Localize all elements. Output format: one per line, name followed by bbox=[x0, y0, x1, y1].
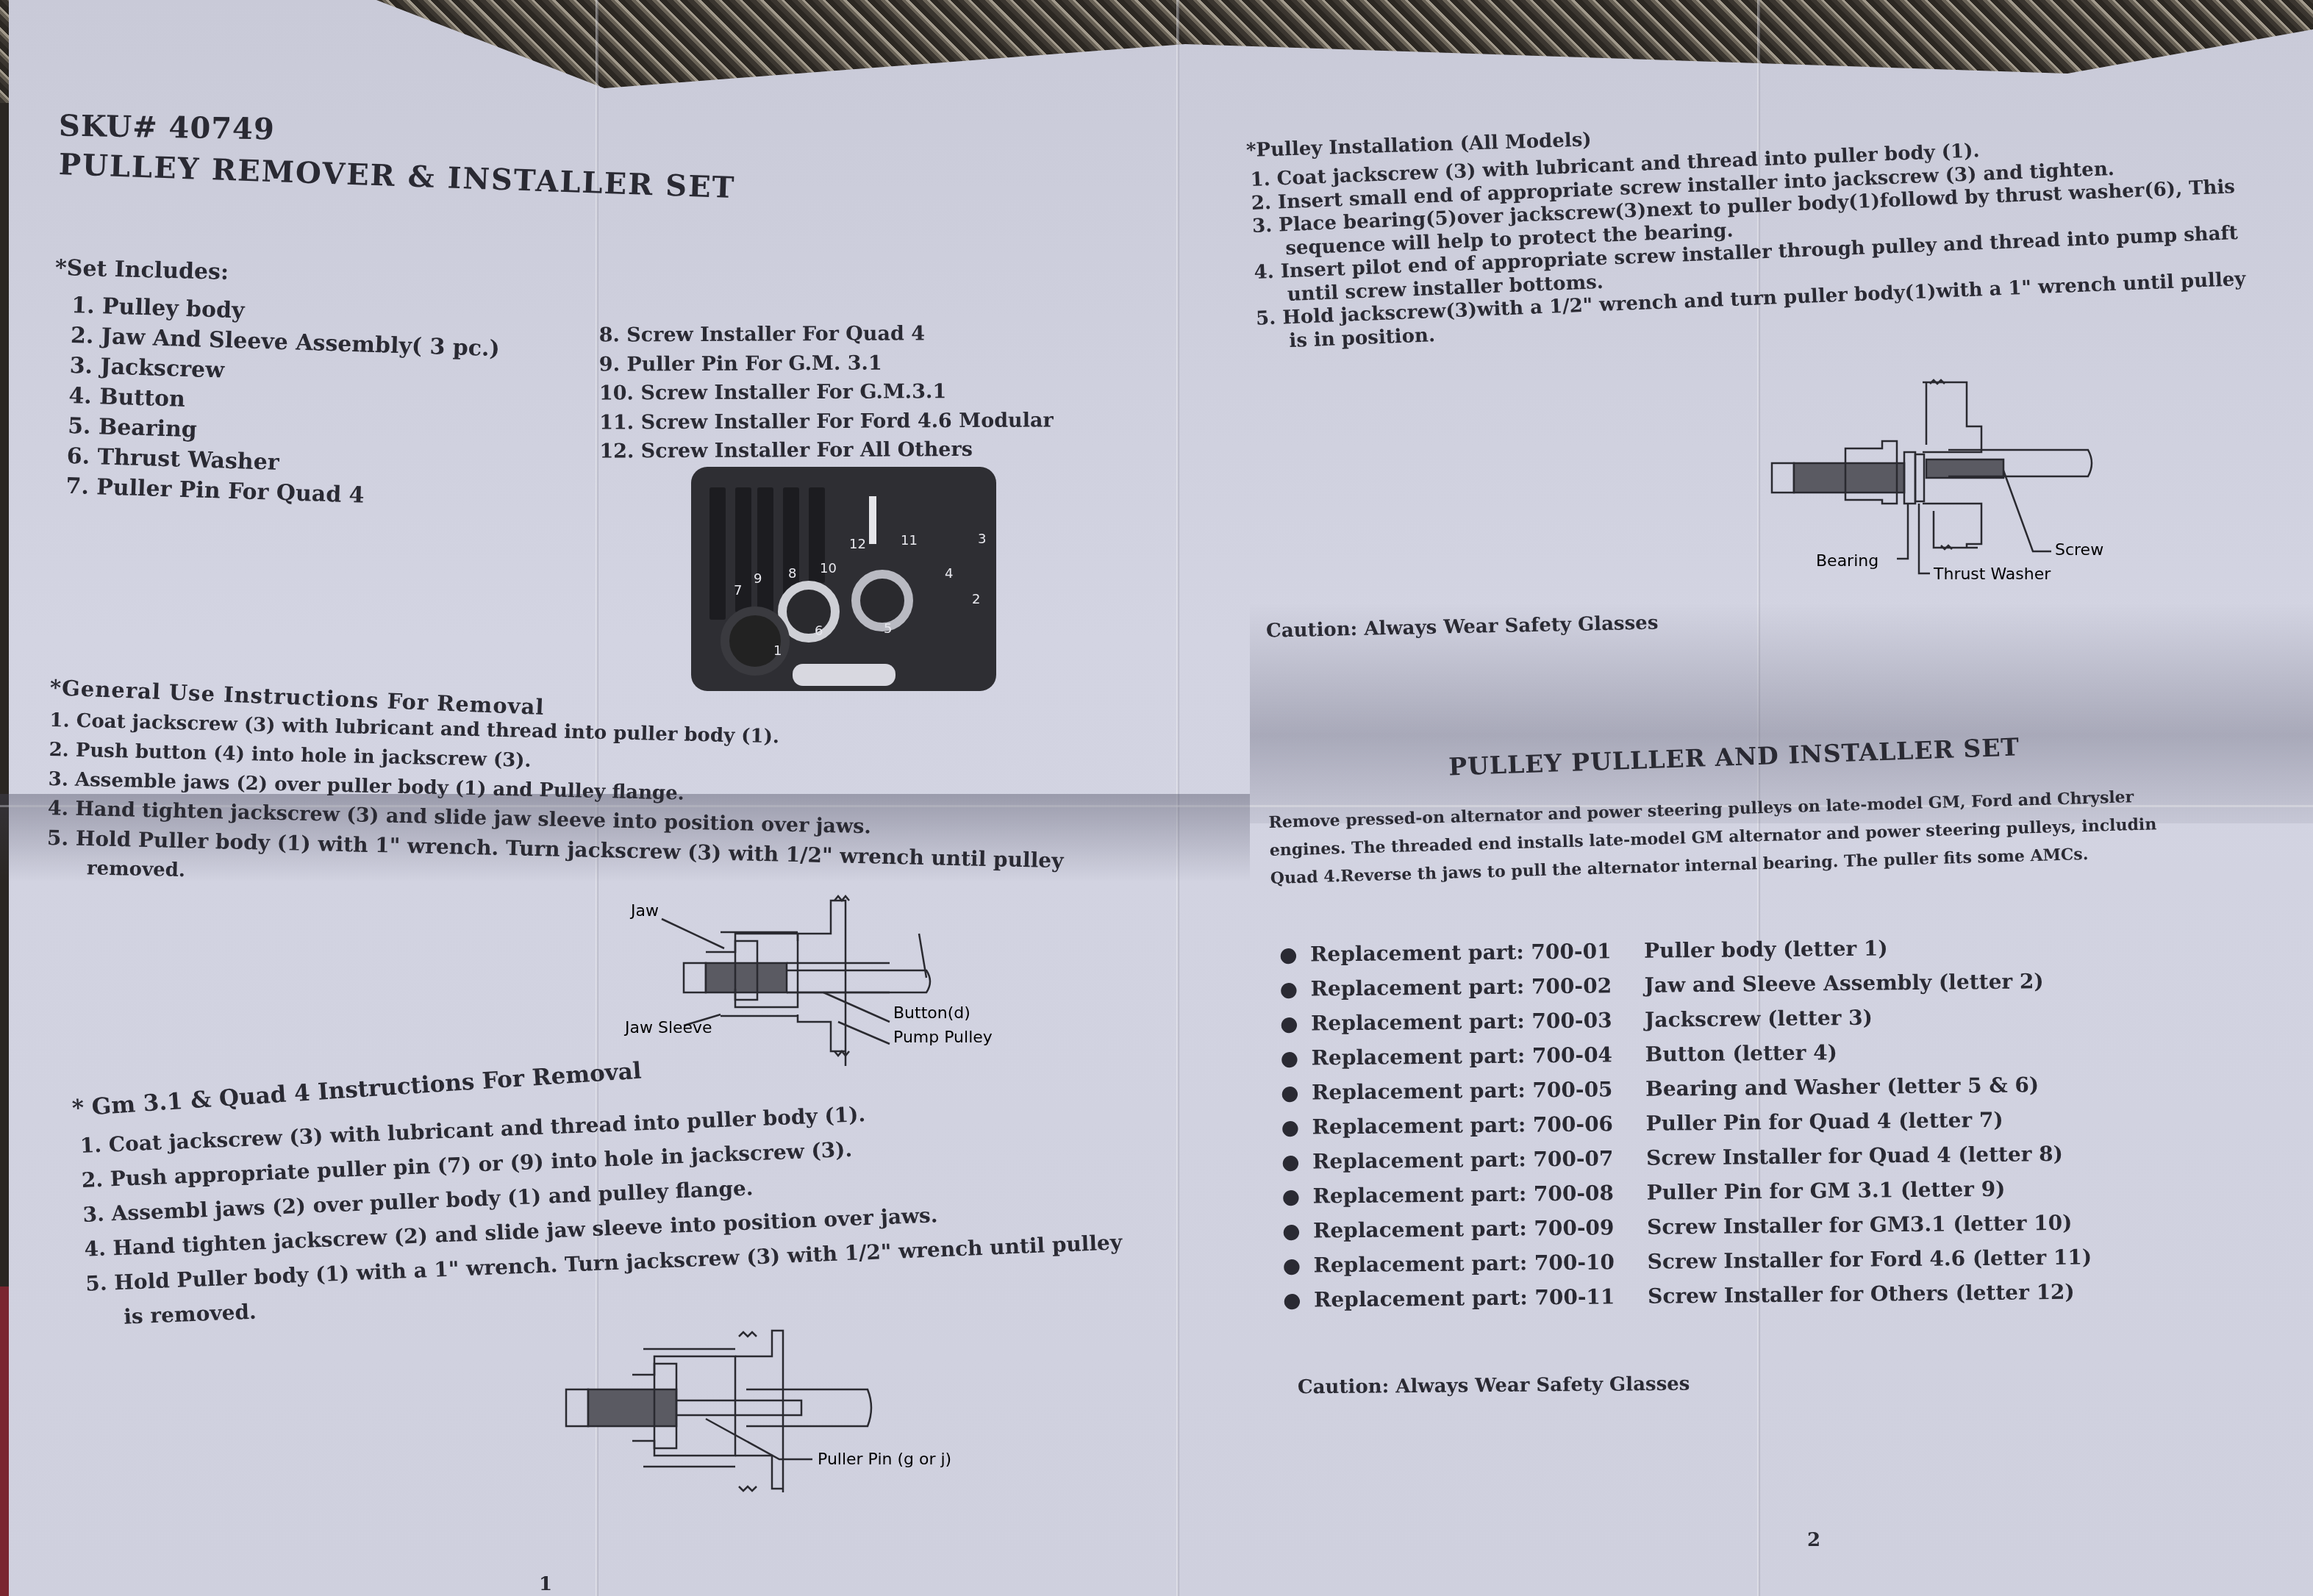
bullet-icon: ● bbox=[1280, 1041, 1301, 1076]
diagram-label-screw: Screw bbox=[2055, 541, 2103, 559]
part-description: Jackscrew (letter 3) bbox=[1645, 1001, 1873, 1037]
part-number: Replacement part: 700-03 bbox=[1311, 1003, 1634, 1041]
diagram-label-bearing: Bearing bbox=[1816, 552, 1878, 570]
part-number: Replacement part: 700-10 bbox=[1313, 1245, 1637, 1283]
kit-label: 5 bbox=[884, 621, 892, 637]
bullet-icon: ● bbox=[1279, 937, 1300, 972]
set-includes-list-left: 1. Pulley body 2. Jaw And Sleeve Assembl… bbox=[65, 290, 501, 515]
bullet-icon: ● bbox=[1283, 1283, 1304, 1317]
part-description: Screw Installer for Others (letter 12) bbox=[1648, 1275, 2075, 1314]
list-item: 10. Screw Installer For G.M.3.1 bbox=[599, 376, 1054, 408]
kit-label: 6 bbox=[815, 623, 823, 639]
kit-label: 7 bbox=[734, 583, 742, 598]
part-number: Replacement part: 700-11 bbox=[1314, 1279, 1637, 1317]
bullet-icon: ● bbox=[1279, 972, 1300, 1006]
kit-label: 10 bbox=[820, 561, 837, 576]
diagram-label-jaw-sleeve: Jaw Sleeve bbox=[623, 1019, 712, 1037]
gm-removal-steps: 1. Coat jackscrew (3) with lubricant and… bbox=[79, 1087, 1124, 1335]
kit-label: 3 bbox=[978, 532, 986, 547]
bullet-icon: ● bbox=[1281, 1076, 1301, 1110]
diagram-label-thrust-washer: Thrust Washer bbox=[1933, 565, 2051, 584]
list-item: 8. Screw Installer For Quad 4 bbox=[598, 318, 1053, 350]
set-includes-list-right: 8. Screw Installer For Quad 4 9. Puller … bbox=[598, 318, 1053, 466]
tool-slot bbox=[757, 487, 773, 612]
kit-label: 8 bbox=[788, 566, 796, 581]
part-description: Screw Installer for GM3.1 (letter 10) bbox=[1647, 1206, 2073, 1245]
part-number: Replacement part: 700-01 bbox=[1310, 934, 1634, 972]
sku-number: SKU# 40749 bbox=[59, 108, 275, 146]
removal-diagram: Jaw Jaw Sleeve Button(d) Pump Pulley bbox=[610, 890, 1088, 1066]
part-description: Jaw and Sleeve Assembly (letter 2) bbox=[1644, 964, 2043, 1003]
tool-slot bbox=[709, 487, 726, 620]
list-item: 12. Screw Installer For All Others bbox=[599, 434, 1054, 466]
page-number-left: 1 bbox=[539, 1573, 552, 1595]
kit-label: 1 bbox=[773, 643, 782, 659]
screw-installer-12 bbox=[869, 496, 876, 544]
kit-label: 4 bbox=[945, 566, 953, 581]
part-number: Replacement part: 700-07 bbox=[1312, 1141, 1636, 1179]
bullet-icon: ● bbox=[1281, 1179, 1302, 1214]
gm-removal-diagram: Puller Pin (g or j) bbox=[559, 1323, 1073, 1500]
caution-text-bottom: Caution: Always Wear Safety Glasses bbox=[1298, 1373, 1690, 1399]
bullet-icon: ● bbox=[1280, 1006, 1301, 1041]
page-number-right: 2 bbox=[1807, 1529, 1820, 1551]
part-description: Button (letter 4) bbox=[1645, 1035, 1837, 1072]
puller-body-image bbox=[721, 606, 790, 676]
part-number: Replacement part: 700-02 bbox=[1310, 968, 1634, 1006]
diagram-label-pump-pulley: Pump Pulley bbox=[893, 1028, 993, 1047]
kit-label: 9 bbox=[754, 571, 762, 587]
part-number: Replacement part: 700-09 bbox=[1313, 1210, 1637, 1248]
kit-case-photo: 1 2 3 4 5 6 7 8 9 10 11 12 bbox=[691, 467, 996, 691]
set-includes-heading: *Set Includes: bbox=[55, 255, 229, 285]
case-handle bbox=[793, 664, 895, 686]
part-number: Replacement part: 700-05 bbox=[1312, 1072, 1635, 1110]
part-description: Puller Pin for Quad 4 (letter 7) bbox=[1645, 1103, 2003, 1141]
bullet-icon: ● bbox=[1282, 1214, 1303, 1248]
diagram-label-button: Button(d) bbox=[893, 1004, 970, 1023]
bullet-icon: ● bbox=[1281, 1110, 1301, 1145]
installation-diagram: Bearing Thrust Washer Screw bbox=[1765, 368, 2117, 588]
part-description: Bearing and Washer (letter 5 & 6) bbox=[1645, 1067, 2039, 1106]
diagram-label-jaw: Jaw bbox=[629, 902, 659, 920]
part-number: Replacement part: 700-06 bbox=[1312, 1106, 1635, 1145]
replacement-parts-list: ●Replacement part: 700-01Puller body (le… bbox=[1279, 928, 2092, 1317]
general-removal-steps: 1. Coat jackscrew (3) with lubricant and… bbox=[46, 706, 1067, 905]
bullet-icon: ● bbox=[1281, 1145, 1302, 1179]
part-description: Puller Pin for GM 3.1 (letter 9) bbox=[1646, 1172, 2005, 1210]
part-number: Replacement part: 700-04 bbox=[1311, 1037, 1634, 1076]
bearing-image bbox=[851, 570, 913, 631]
kit-label: 2 bbox=[972, 592, 980, 607]
part-description: Screw Installer for Quad 4 (letter 8) bbox=[1646, 1137, 2063, 1175]
list-item: 11. Screw Installer For Ford 4.6 Modular bbox=[599, 406, 1054, 437]
part-description: Puller body (letter 1) bbox=[1644, 931, 1888, 967]
bullet-icon: ● bbox=[1282, 1248, 1303, 1283]
part-number: Replacement part: 700-08 bbox=[1312, 1175, 1636, 1214]
list-item: 9. Puller Pin For G.M. 3.1 bbox=[599, 348, 1054, 379]
part-description: Screw Installer for Ford 4.6 (letter 11) bbox=[1647, 1239, 2092, 1278]
diagram-label-puller-pin: Puller Pin (g or j) bbox=[818, 1450, 951, 1469]
kit-label: 11 bbox=[901, 533, 918, 548]
kit-label: 12 bbox=[849, 537, 866, 552]
